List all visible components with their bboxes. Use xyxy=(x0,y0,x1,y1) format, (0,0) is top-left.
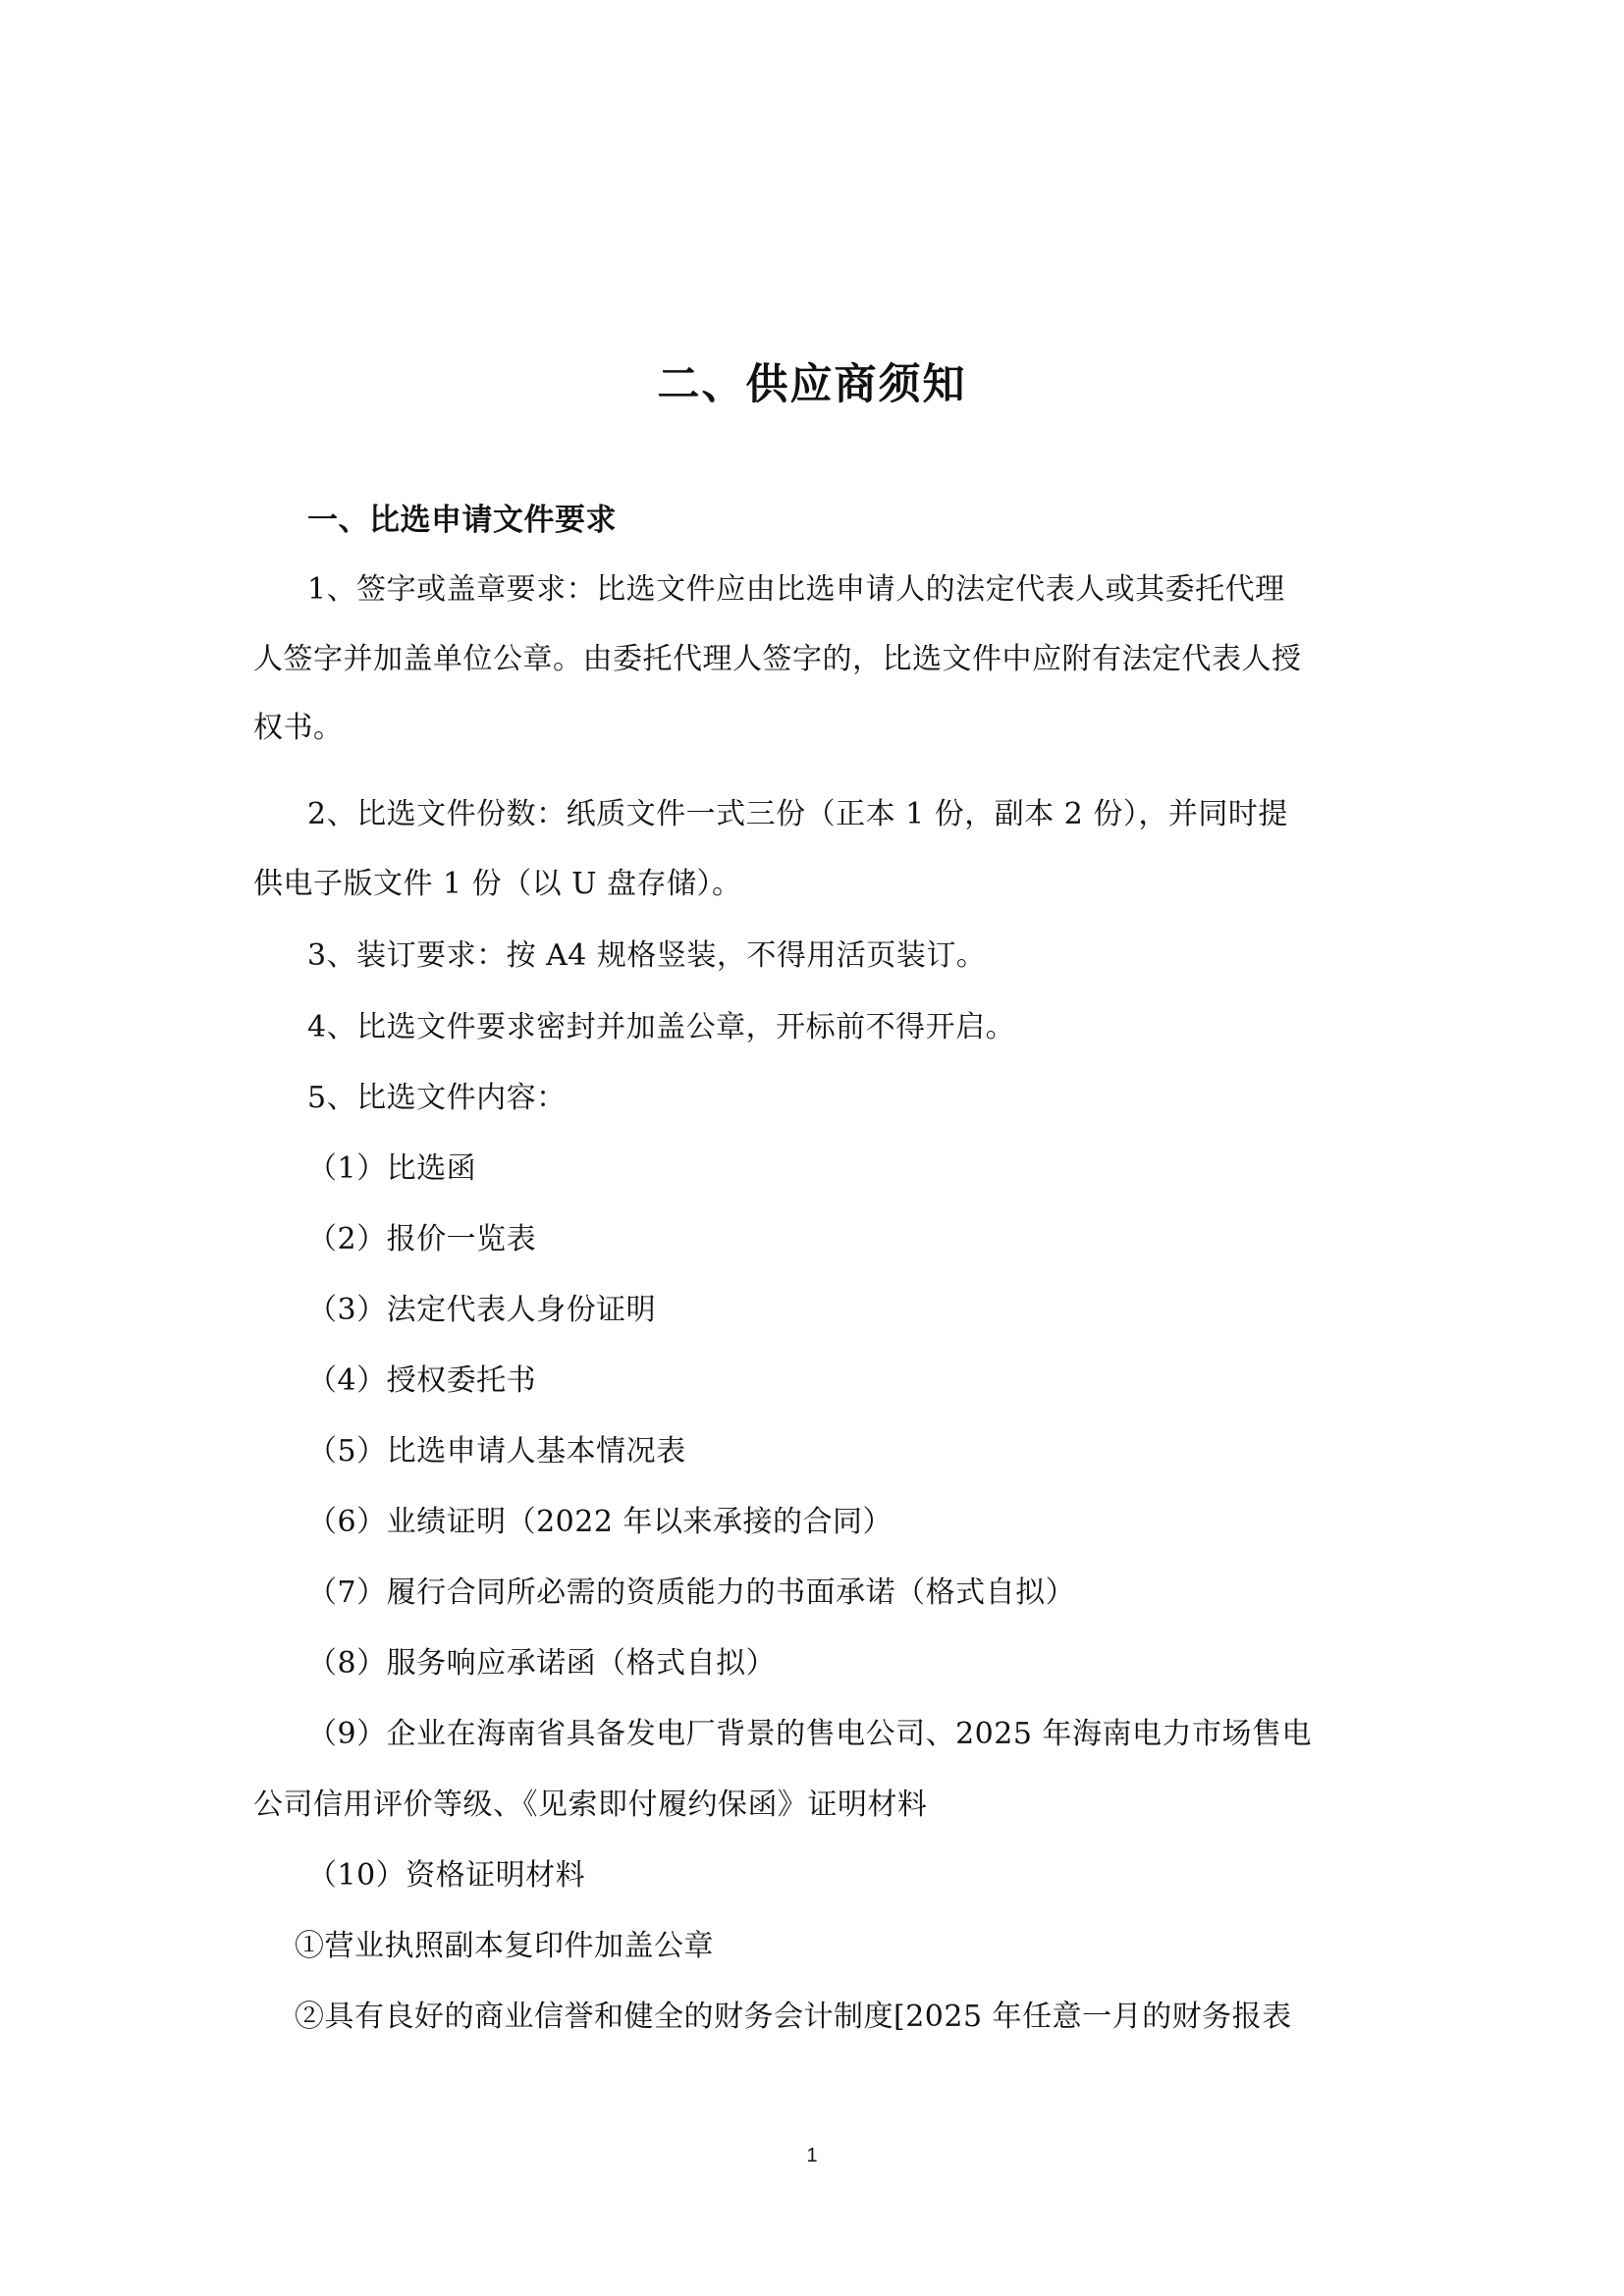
sub-item-2: ②具有良好的商业信誉和健全的财务会计制度[2025 年任意一月的财务报表 xyxy=(295,1996,1292,2039)
page-title: 二、供应商须知 xyxy=(0,355,1624,414)
content-item-9-line-1: （9）企业在海南省具备发电厂背景的售电公司、2025 年海南电力市场售电 xyxy=(307,1713,1312,1756)
paragraph-3: 3、装订要求：按 A4 规格竖装，不得用活页装订。 xyxy=(307,934,986,978)
paragraph-1-line-2: 人签字并加盖单位公章。由委托代理人签字的，比选文件中应附有法定代表人授 xyxy=(253,638,1302,681)
sub-item-1: ①营业执照副本复印件加盖公章 xyxy=(295,1925,714,1968)
paragraph-2-line-2: 供电子版文件 1 份（以 U 盘存储）。 xyxy=(253,863,742,906)
content-item-6: （6）业绩证明（2022 年以来承接的合同） xyxy=(307,1501,893,1544)
content-item-10: （10）资格证明材料 xyxy=(307,1854,585,1897)
paragraph-2-line-1: 2、比选文件份数：纸质文件一式三份（正本 1 份，副本 2 份），并同时提 xyxy=(307,793,1288,836)
content-item-8: （8）服务响应承诺函（格式自拟） xyxy=(307,1642,776,1685)
content-item-7: （7）履行合同所必需的资质能力的书面承诺（格式自拟） xyxy=(307,1572,1075,1615)
content-item-9-line-2: 公司信用评价等级、《见索即付履约保函》证明材料 xyxy=(253,1784,928,1827)
content-item-1: （1）比选函 xyxy=(307,1148,476,1191)
paragraph-5: 5、比选文件内容： xyxy=(307,1077,567,1120)
paragraph-4: 4、比选文件要求密封并加盖公章，开标前不得开启。 xyxy=(307,1006,1015,1049)
content-item-5: （5）比选申请人基本情况表 xyxy=(307,1430,686,1473)
content-item-3: （3）法定代表人身份证明 xyxy=(307,1289,656,1332)
paragraph-1-line-3: 权书。 xyxy=(253,707,344,750)
content-item-2: （2）报价一览表 xyxy=(307,1218,536,1261)
content-item-4: （4）授权委托书 xyxy=(307,1360,536,1403)
document-page: 二、供应商须知 一、比选申请文件要求 1、签字或盖章要求：比选文件应由比选申请人… xyxy=(0,0,1624,2296)
page-number: 1 xyxy=(0,2145,1624,2167)
section-heading: 一、比选申请文件要求 xyxy=(307,499,617,542)
paragraph-1-line-1: 1、签字或盖章要求：比选文件应由比选申请人的法定代表人或其委托代理 xyxy=(307,568,1285,612)
